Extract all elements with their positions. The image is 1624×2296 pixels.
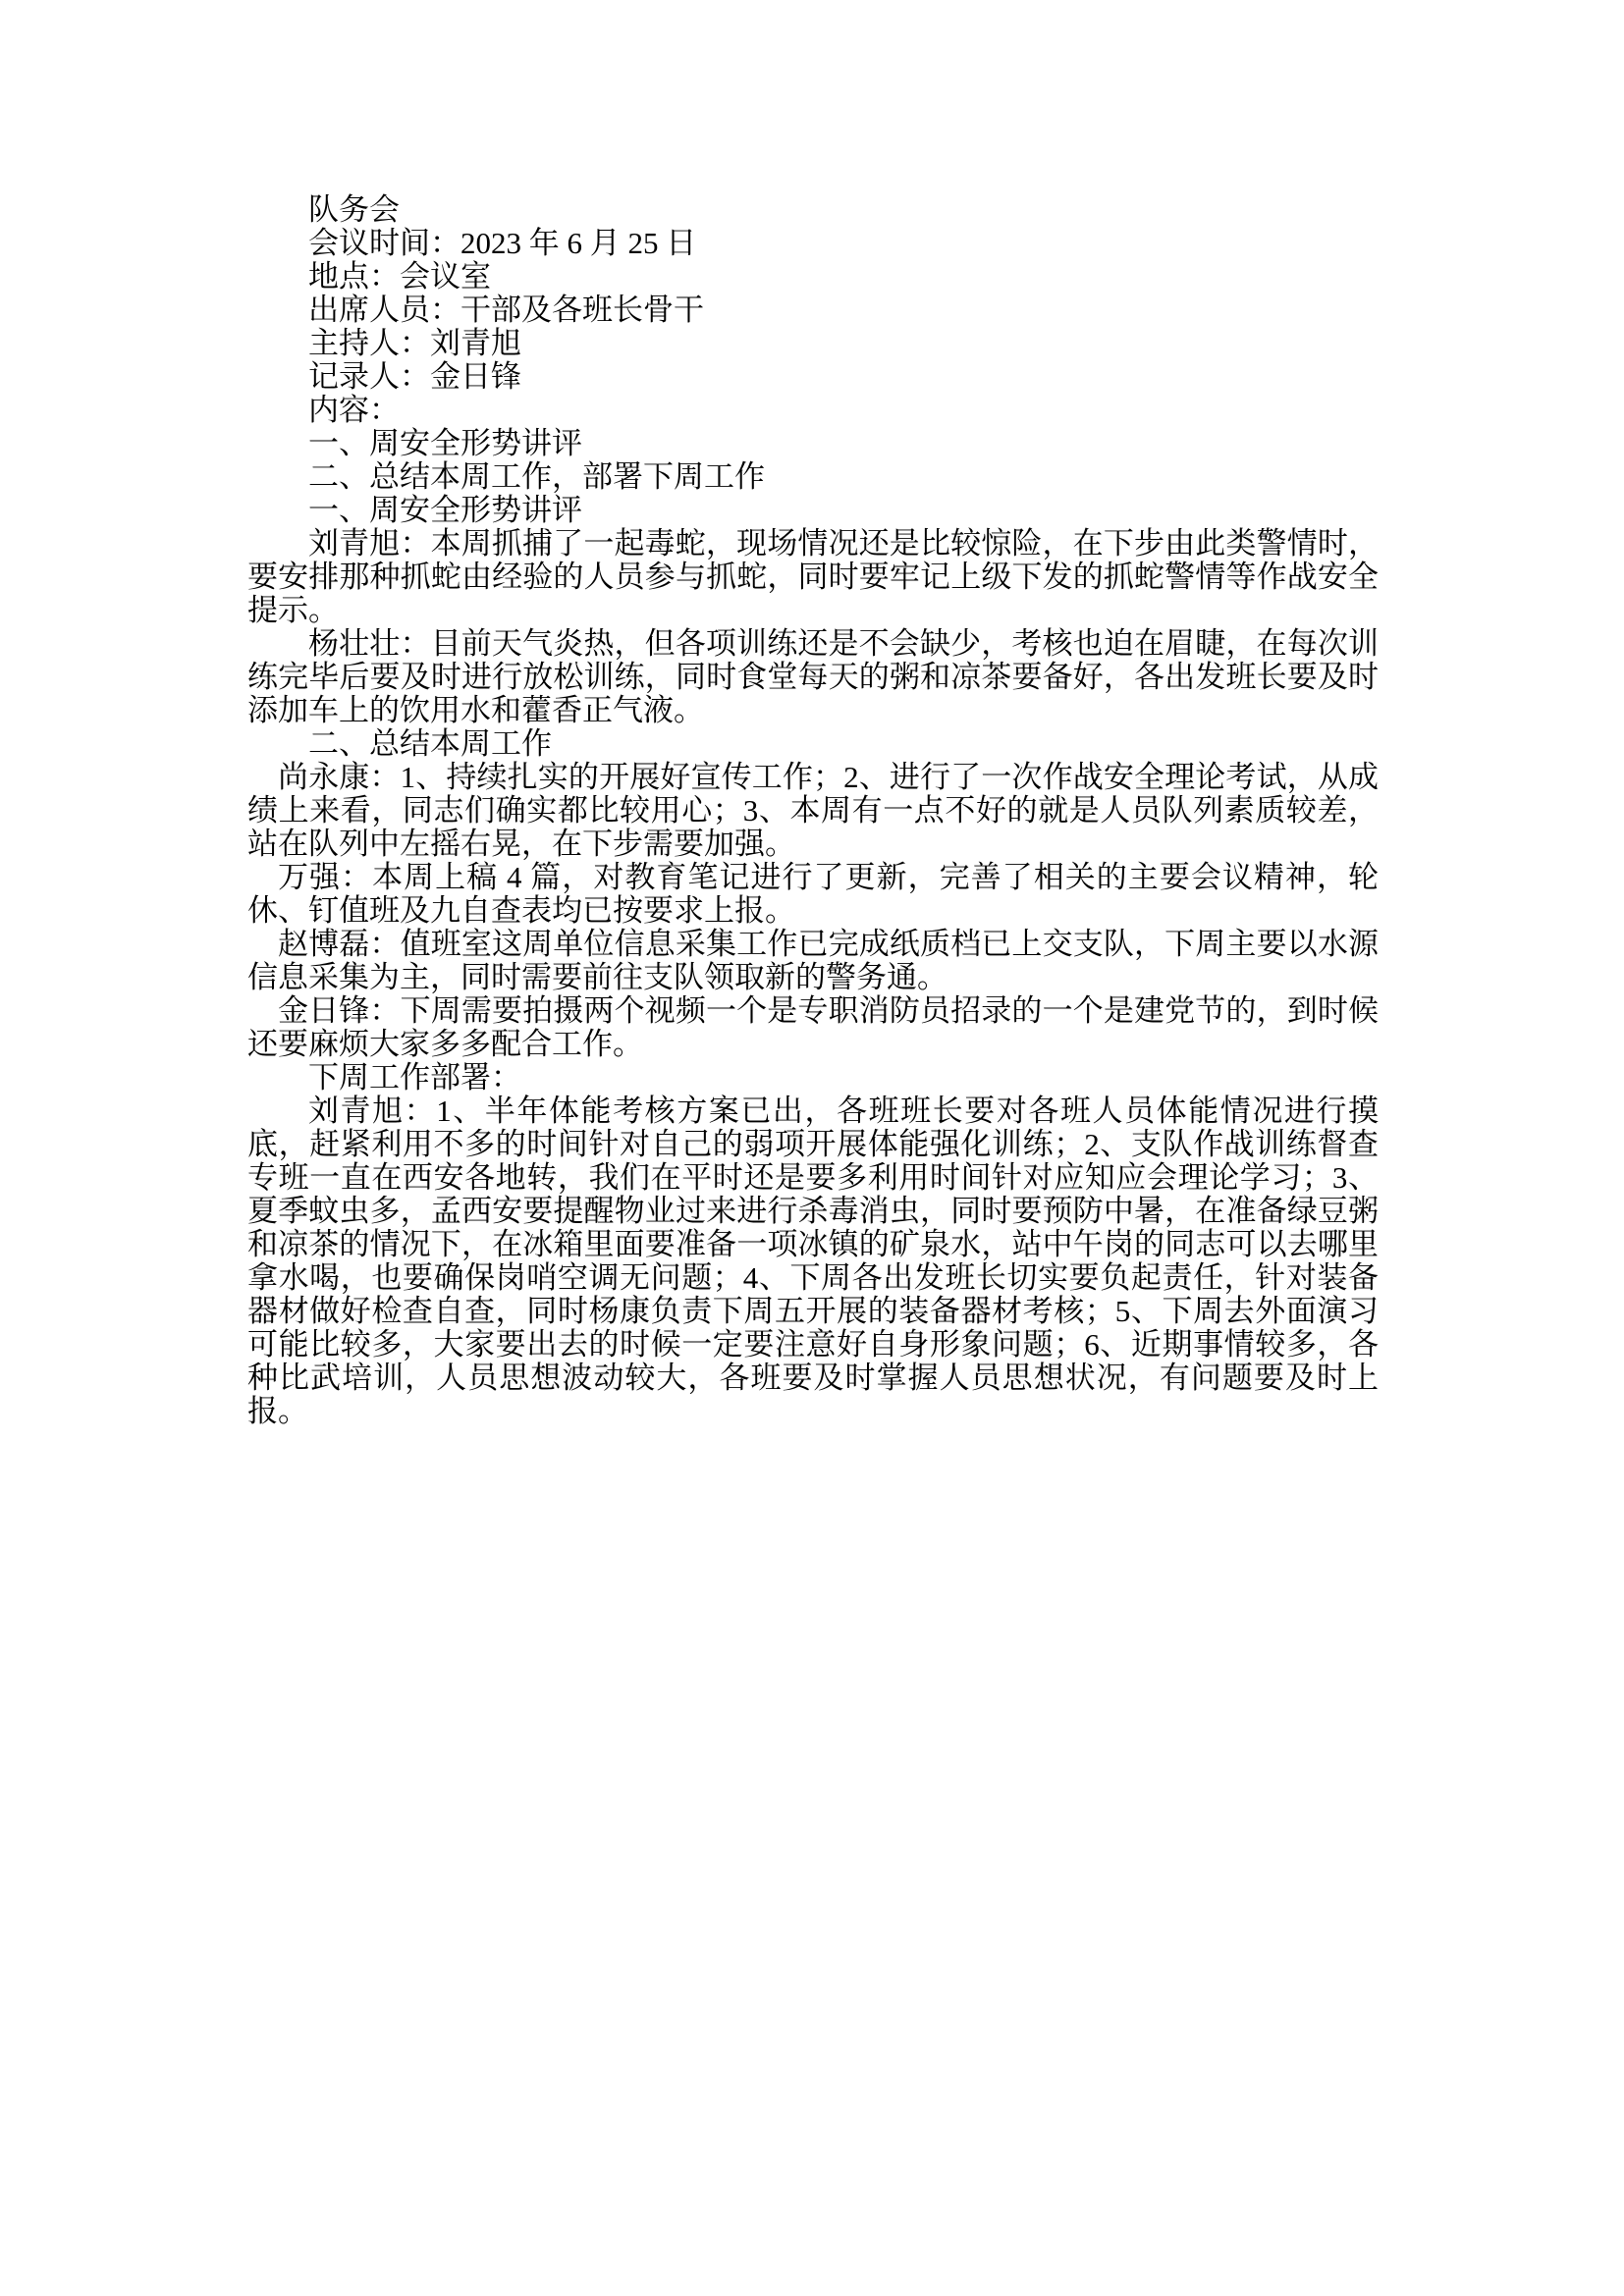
- speech-wanqiang: 万强：本周上稿 4 篇，对教育笔记进行了更新，完善了相关的主要会议精神，轮休、钉…: [247, 861, 1379, 928]
- section-2-heading: 二、总结本周工作: [247, 727, 1379, 761]
- speech-jinrifeng: 金日锋：下周需要拍摄两个视频一个是专职消防员招录的一个是建党节的，到时候还要麻烦…: [247, 994, 1379, 1061]
- speech-zhaobolei: 赵博磊：值班室这周单位信息采集工作已完成纸质档已上交支队，下周主要以水源信息采集…: [247, 928, 1379, 994]
- meeting-recorder: 记录人：金日锋: [247, 360, 1379, 394]
- speech-shangyongkang: 尚永康：1、持续扎实的开展好宣传工作；2、进行了一次作战安全理论考试，从成绩上来…: [247, 761, 1379, 861]
- agenda-item-1: 一、周安全形势讲评: [247, 427, 1379, 460]
- meeting-host: 主持人：刘青旭: [247, 327, 1379, 360]
- doc-title: 队务会: [247, 193, 1379, 227]
- document-page: 队务会 会议时间：2023 年 6 月 25 日 地点：会议室 出席人员：干部及…: [0, 0, 1624, 2296]
- meeting-location: 地点：会议室: [247, 260, 1379, 294]
- agenda-item-2: 二、总结本周工作，部署下周工作: [247, 460, 1379, 494]
- meeting-minutes-document: 队务会 会议时间：2023 年 6 月 25 日 地点：会议室 出席人员：干部及…: [247, 193, 1379, 1428]
- section-1-heading: 一、周安全形势讲评: [247, 494, 1379, 527]
- speech-liuqingxu-deployment: 刘青旭：1、半年体能考核方案已出，各班班长要对各班人员体能情况进行摸底，赶紧利用…: [247, 1095, 1379, 1428]
- speech-liuqingxu-safety: 刘青旭：本周抓捕了一起毒蛇，现场情况还是比较惊险，在下步由此类警情时，要安排那种…: [247, 527, 1379, 627]
- meeting-time: 会议时间：2023 年 6 月 25 日: [247, 227, 1379, 260]
- meeting-attendees: 出席人员：干部及各班长骨干: [247, 294, 1379, 327]
- content-label: 内容：: [247, 394, 1379, 427]
- next-week-heading: 下周工作部署：: [247, 1061, 1379, 1095]
- speech-yangzhuangzhuang: 杨壮壮：目前天气炎热，但各项训练还是不会缺少，考核也迫在眉睫，在每次训练完毕后要…: [247, 627, 1379, 727]
